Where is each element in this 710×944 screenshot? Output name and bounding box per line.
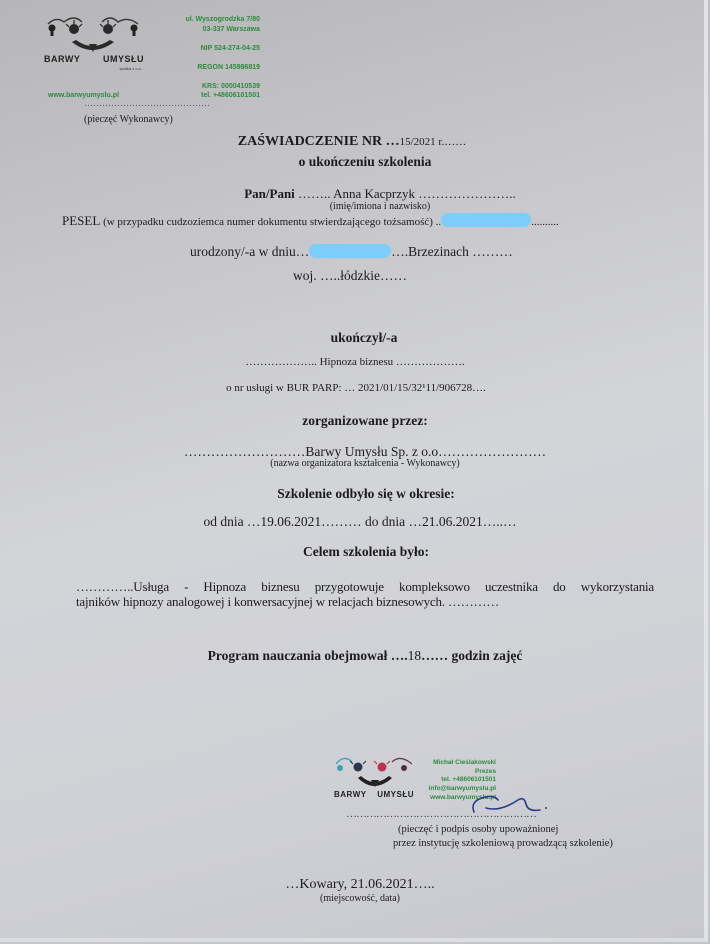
program-prefix: Program nauczania obejmował …. (208, 648, 408, 663)
company-krs: KRS: 0000410539 (160, 83, 260, 90)
place-date-caption: (miejscowość, data) (0, 893, 710, 904)
place-date: …Kowary, 21.06.2021….. (0, 877, 710, 893)
goal-text-line2: tajników hipnozy analogowej i konwersacy… (76, 594, 499, 610)
birth-date-redacted (309, 244, 391, 258)
pesel-trailing: .......... (531, 216, 559, 228)
logo-subtitle: spółka z o.o. (120, 66, 142, 71)
company-address-line2: 03-337 Warszawa (160, 26, 260, 33)
logo-word-right: UMYSŁU (103, 54, 144, 64)
organized-label: zorganizowane przez: (0, 413, 710, 429)
person-line: Pan/Pani …….. Anna Kacprzyk ………………….. (0, 186, 710, 202)
program-hours-line: Program nauczania obejmował ….18…… godzi… (0, 648, 710, 664)
pesel-label: PESEL (62, 213, 100, 228)
program-suffix: …… godzin zajęć (421, 648, 522, 663)
signature-caption-line1: (pieczęć i podpis osoby upoważnionej (398, 824, 558, 835)
completed-label: ukończył/-a (0, 330, 710, 346)
program-hours: 18 (408, 648, 422, 663)
company-nip: NIP 524-274-04-25 (160, 45, 260, 52)
person-caption: (imię/imiona i nazwisko) (0, 201, 710, 212)
pesel-line: PESEL (w przypadku cudzoziemca numer dok… (62, 213, 559, 229)
birth-place: ….Brzezinach ……… (391, 244, 512, 259)
pesel-note: (w przypadku cudzoziemca numer dokumentu… (103, 216, 441, 228)
training-name: ……………….. Hipnoza biznesu ………………. (0, 356, 710, 368)
company-logo: BARWY UMYSŁU spółka z o.o. (44, 14, 144, 76)
period-label: Szkolenie odbyło się w okresie: (0, 486, 710, 502)
goal-text-line1: …………..Usługa - Hipnoza biznesu przygotow… (76, 579, 654, 595)
birth-label: urodzony/-a w dniu… (190, 244, 309, 259)
stamp-phone: tel. +48606101501 (400, 777, 496, 784)
pesel-redacted (441, 213, 531, 227)
stamp-name: Michał Cieślakowski (400, 760, 496, 767)
stamp-dots: …………………………………… (84, 98, 210, 108)
signature-caption-line2: przez instytucję szkoleniową prowadzącą … (393, 838, 613, 849)
signature-dots: ………………………………………………… (346, 808, 536, 820)
certificate-title: ZAŚWIADCZENIE NR …15/2021 r.…… (0, 134, 704, 150)
birth-line: urodzony/-a w dniu…….Brzezinach ……… (190, 244, 513, 260)
voivodeship: woj. …..łódzkie…… (0, 268, 700, 284)
company-regon: REGON 145986819 (160, 64, 260, 71)
company-address-line1: ul. Wyszogrodzka 7/80 (160, 16, 260, 23)
logo-word-left: BARWY (44, 54, 80, 64)
stamp-role: Prezes (400, 769, 496, 776)
goal-label: Celem szkolenia było: (0, 544, 710, 560)
service-number: o nr usługi w BUR PARP: … 2021/01/15/32¹… (0, 382, 710, 394)
certificate-page: BARWY UMYSŁU spółka z o.o. ul. Wyszogrod… (0, 0, 708, 942)
certificate-title-prefix: ZAŚWIADCZENIE NR … (238, 134, 400, 149)
organizer-caption: (nazwa organizatora kształcenia - Wykona… (0, 458, 710, 469)
certificate-number: 15/2021 r.…… (400, 136, 467, 148)
person-label: Pan/Pani (244, 186, 295, 201)
logo-figures-icon (44, 14, 144, 58)
stamp-logo-word-left: BARWY (334, 790, 367, 799)
period-dates: od dnia …19.06.2021……… do dnia …21.06.20… (0, 514, 710, 530)
person-name: …….. Anna Kacprzyk ………………….. (298, 186, 516, 201)
stamp-caption: (pieczęć Wykonawcy) (84, 114, 173, 125)
certificate-subtitle: o ukończeniu szkolenia (0, 154, 710, 170)
